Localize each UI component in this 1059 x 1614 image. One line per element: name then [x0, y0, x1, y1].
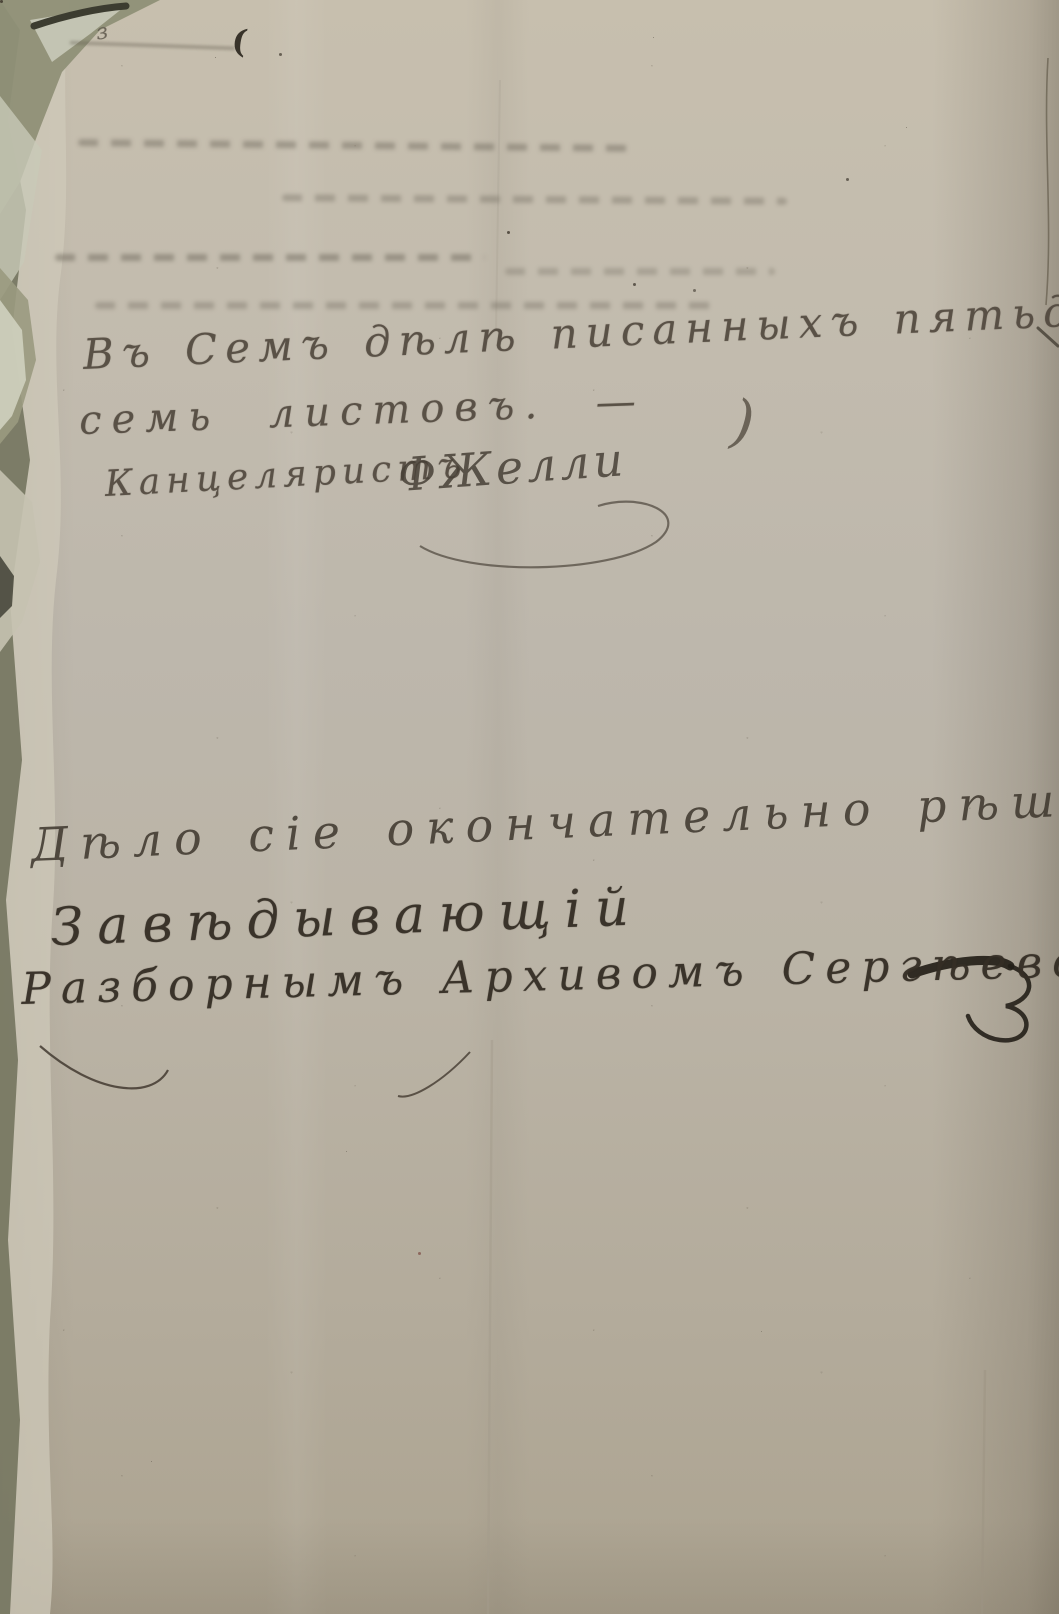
edge-chip-2-highlight — [0, 300, 26, 430]
ink-specks — [0, 0, 3, 3]
torn-edge-strip — [0, 0, 70, 1614]
resolution-line-1: Дѣло сіе окончательно рѣшено — [30, 768, 1059, 872]
bleedthrough-line — [505, 268, 775, 275]
edge-chip-2 — [0, 268, 36, 444]
crease-center-top — [496, 80, 500, 330]
bleedthrough-line — [282, 194, 787, 205]
edge-chip-1 — [0, 96, 42, 300]
signature-flourish — [420, 502, 668, 568]
pencil-smudge — [70, 41, 235, 50]
certification-line-2: семь листовъ. — — [78, 378, 646, 444]
certification-closing-flourish: ) — [728, 386, 758, 456]
corner-fold-highlight — [30, 4, 128, 62]
edge-gap-dark — [0, 556, 14, 618]
document-photo: з ( Въ Семъ дѣлѣ писанныхъ пятьдесятъ се… — [0, 0, 1059, 1614]
corner-fold-piece — [0, 0, 160, 214]
crease-right-low — [982, 1370, 985, 1614]
descender-tail-1 — [40, 1046, 168, 1088]
binding-gap-shadow — [0, 0, 30, 1614]
edge-chip-3 — [0, 470, 40, 652]
right-crack-line — [1046, 58, 1049, 305]
clerk-signature: ФЖелли — [396, 432, 629, 502]
resolution-line-2: Завѣдывающій — [50, 877, 644, 958]
corner-fold-crease — [34, 6, 126, 26]
paren-mark: ( — [229, 21, 250, 61]
descender-tail-2 — [398, 1052, 470, 1097]
bleedthrough-line — [78, 139, 638, 152]
certification-line-1: Въ Семъ дѣлѣ писанныхъ пятьдесятъ — [82, 279, 1059, 379]
bleedthrough-line — [55, 254, 485, 261]
crease-center-low — [488, 1040, 492, 1614]
